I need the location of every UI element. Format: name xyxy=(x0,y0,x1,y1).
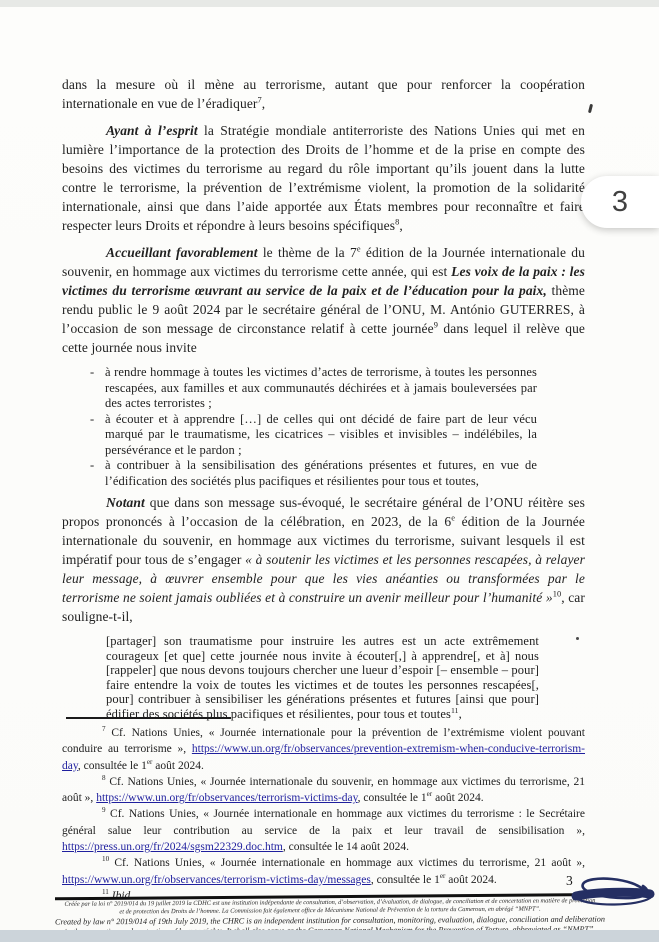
footnotes-section: 7 Cf. Nations Unies, « Journée internati… xyxy=(62,717,585,904)
footnote: 7 Cf. Nations Unies, « Journée internati… xyxy=(62,725,585,774)
footer-text-french: Créée par la loi n° 2019/014 du 19 juill… xyxy=(28,897,632,917)
text-segment: , consultée le 1 xyxy=(78,760,147,772)
text-segment: , consultée le 1 xyxy=(371,874,440,886)
footnote: 8 Cf. Nations Unies, « Journée internati… xyxy=(62,774,585,807)
text-segment: Accueillant favorablement xyxy=(106,245,258,260)
paragraph: Notant que dans son message sus-évoqué, … xyxy=(62,493,585,626)
footnote: 10 Cf. Nations Unies, « Journée internat… xyxy=(62,855,585,888)
bullet-text: à écouter et à apprendre […] de celles q… xyxy=(105,412,537,459)
bullet-marker: - xyxy=(90,458,105,489)
ink-speck xyxy=(576,637,579,640)
footnote-link[interactable]: https://press.un.org/fr/2024/sgsm22329.d… xyxy=(62,841,283,853)
bullet-item: -à rendre hommage à toutes les victimes … xyxy=(90,365,537,412)
footnote-separator xyxy=(66,717,231,719)
footnote-link[interactable]: https://www.un.org/fr/observances/terror… xyxy=(62,874,371,886)
bullet-item: -à écouter et à apprendre […] de celles … xyxy=(90,412,537,459)
bullet-text: à contribuer à la sensibilisation des gé… xyxy=(105,458,537,489)
viewer-bottom-edge xyxy=(0,930,659,942)
ink-speck xyxy=(588,104,593,113)
text-segment: , xyxy=(262,96,265,111)
text-segment: dans la mesure où il mène au terrorisme,… xyxy=(62,77,585,111)
footnote: 9 Cf. Nations Unies, « Journée internati… xyxy=(62,806,585,855)
bullet-marker: - xyxy=(90,412,105,459)
text-segment: le thème de la 7 xyxy=(258,245,357,260)
text-segment: à contribuer à la sensibilisation des gé… xyxy=(105,458,537,488)
block-quote: [partager] son traumatisme pour instruir… xyxy=(106,634,539,721)
document-page: dans la mesure où il mène au terrorisme,… xyxy=(0,7,659,930)
sup-marker: 11 xyxy=(102,888,109,896)
paragraph: Accueillant favorablement le thème de la… xyxy=(62,243,585,357)
bullet-item: -à contribuer à la sensibilisation des g… xyxy=(90,458,537,489)
sup-marker: 11 xyxy=(451,705,459,714)
text-segment: la Stratégie mondiale antiterroriste des… xyxy=(62,123,585,233)
scanned-document-viewer: { "colors": { "link": "#1f1f9e", "scribb… xyxy=(0,0,659,942)
text-segment: , consultée le 1 xyxy=(358,792,427,804)
viewer-top-edge xyxy=(0,0,659,7)
paragraph: dans la mesure où il mène au terrorisme,… xyxy=(62,75,585,113)
text-segment: août 2024. xyxy=(152,760,203,772)
bullet-list: -à rendre hommage à toutes les victimes … xyxy=(90,365,537,489)
text-segment: Ayant à l’esprit xyxy=(106,123,198,138)
text-segment: Cf. Nations Unies, « Journée internation… xyxy=(62,808,585,836)
text-segment: , xyxy=(399,218,402,233)
text-segment: Cf. Nations Unies, « Journée internation… xyxy=(109,857,585,869)
bullet-text: à rendre hommage à toutes les victimes d… xyxy=(105,365,537,412)
text-segment: à rendre hommage à toutes les victimes d… xyxy=(105,365,537,410)
text-segment: [partager] son traumatisme pour instruir… xyxy=(106,634,539,721)
text-segment: , consultée le 14 août 2024. xyxy=(283,841,409,853)
bullet-marker: - xyxy=(90,365,105,412)
text-segment: août 2024. xyxy=(445,874,496,886)
text-segment: août 2024. xyxy=(432,792,483,804)
document-body: dans la mesure où il mène au terrorisme,… xyxy=(62,75,585,721)
footnote-link[interactable]: https://www.un.org/fr/observances/terror… xyxy=(96,792,357,804)
text-segment: Notant xyxy=(106,495,145,510)
paragraph: Ayant à l’esprit la Stratégie mondiale a… xyxy=(62,121,585,235)
text-segment: à écouter et à apprendre […] de celles q… xyxy=(105,412,537,457)
page-indicator-pill[interactable]: 3 xyxy=(581,176,659,228)
page-indicator-label: 3 xyxy=(612,186,628,219)
sup-marker: 10 xyxy=(553,590,562,599)
pen-scribble-mark xyxy=(546,869,658,917)
